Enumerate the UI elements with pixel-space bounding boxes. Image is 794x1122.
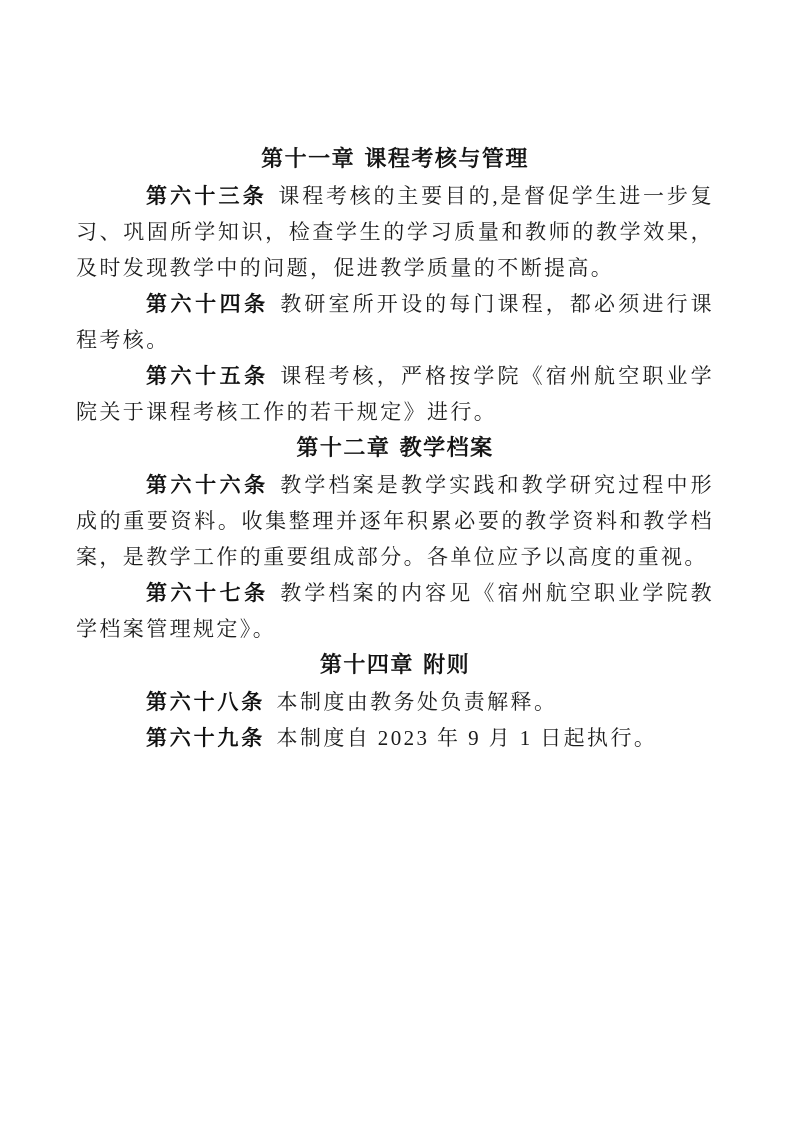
article-63: 第六十三条课程考核的主要目的,是督促学生进一步复习、巩固所学知识，检查学生的学习… [76, 178, 714, 286]
article-66: 第六十六条教学档案是教学实践和教学研究过程中形成的重要资料。收集整理并逐年积累必… [76, 467, 714, 575]
document-page: 第十一章 课程考核与管理 第六十三条课程考核的主要目的,是督促学生进一步复习、巩… [0, 0, 794, 1122]
article-68-text: 本制度由教务处负责解释。 [277, 690, 558, 714]
article-69: 第六十九条本制度自 2023 年 9 月 1 日起执行。 [76, 720, 714, 756]
article-66-number: 第六十六条 [146, 473, 269, 497]
article-69-number: 第六十九条 [146, 726, 265, 750]
article-64: 第六十四条教研室所开设的每门课程，都必须进行课程考核。 [76, 286, 714, 358]
chapter-heading-11: 第十一章 课程考核与管理 [76, 141, 714, 178]
article-65-number: 第六十五条 [146, 364, 269, 388]
chapter-heading-12: 第十二章 教学档案 [76, 430, 714, 467]
article-67-number: 第六十七条 [146, 581, 269, 605]
article-63-number: 第六十三条 [146, 184, 267, 208]
article-69-text: 本制度自 2023 年 9 月 1 日起执行。 [277, 726, 658, 750]
article-64-number: 第六十四条 [146, 292, 269, 316]
article-68-number: 第六十八条 [146, 690, 265, 714]
article-68: 第六十八条本制度由教务处负责解释。 [76, 684, 714, 720]
article-65: 第六十五条课程考核，严格按学院《宿州航空职业学院关于课程考核工作的若干规定》进行… [76, 358, 714, 430]
article-67: 第六十七条教学档案的内容见《宿州航空职业学院教学档案管理规定》。 [76, 575, 714, 647]
chapter-heading-14: 第十四章 附则 [76, 647, 714, 684]
